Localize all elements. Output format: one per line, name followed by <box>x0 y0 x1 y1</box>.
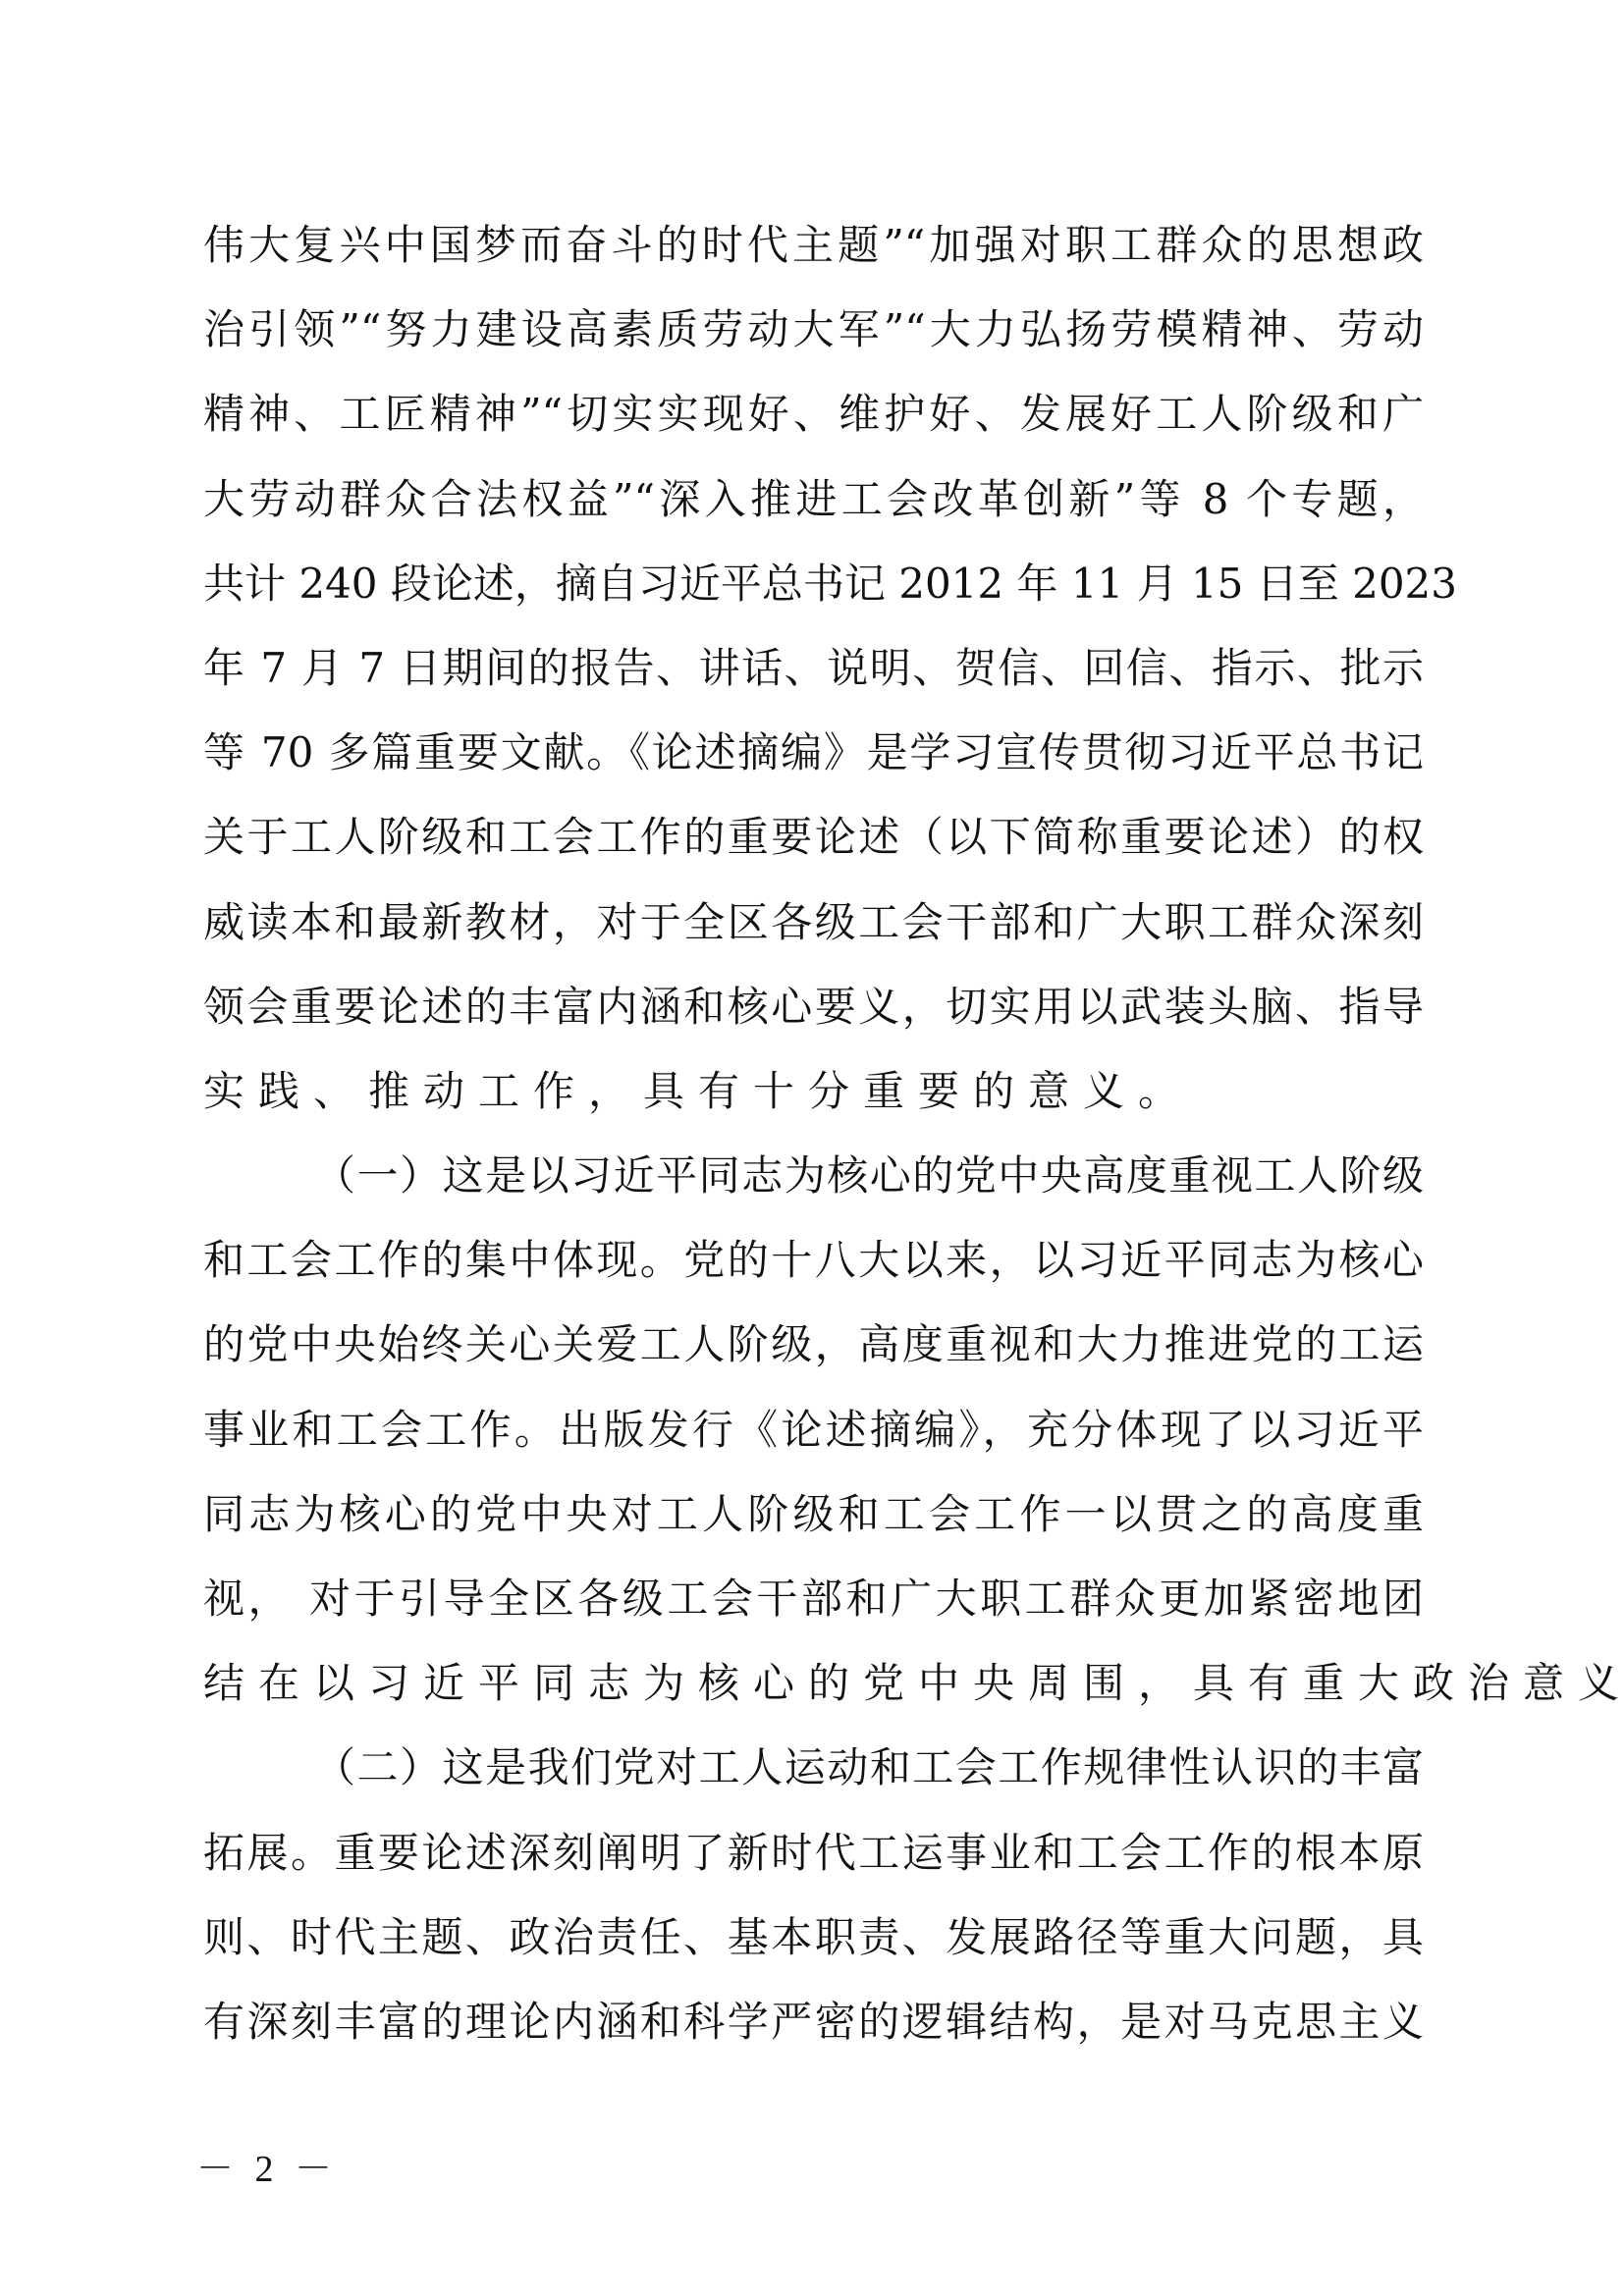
text-line: 关于工人阶级和工会工作的重要论述（以下简称重要论述）的权 <box>203 809 1424 893</box>
text-line: 共计 240 段论述，摘自习近平总书记 2012 年 11 月 15 日至 20… <box>203 556 1424 640</box>
section-heading-line: （一）这是以习近平同志为核心的党中央高度重视工人阶级 <box>203 1148 1424 1232</box>
body-text: 伟大复兴中国梦而奋斗的时代主题”“加强对职工群众的思想政 治引领”“努力建设高素… <box>203 217 1424 2078</box>
text-line: 年 7 月 7 日期间的报告、讲话、说明、贺信、回信、指示、批示 <box>203 640 1424 724</box>
text-line: 拓展。重要论述深刻阐明了新时代工运事业和工会工作的根本原 <box>203 1825 1424 1909</box>
text-line: 则、时代主题、政治责任、基本职责、发展路径等重大问题，具 <box>203 1909 1424 1994</box>
text-line: 事业和工会工作。出版发行《论述摘编》，充分体现了以习近平 <box>203 1402 1424 1486</box>
text-line: 实践、推动工作，具有十分重要的意义。 <box>203 1063 1424 1148</box>
text-line: 有深刻丰富的理论内涵和科学严密的逻辑结构，是对马克思主义 <box>203 1994 1424 2078</box>
section-heading-line: （二）这是我们党对工人运动和工会工作规律性认识的丰富 <box>203 1739 1424 1824</box>
paragraph-intro-continued: 伟大复兴中国梦而奋斗的时代主题”“加强对职工群众的思想政 治引领”“努力建设高素… <box>203 217 1424 1148</box>
text-line: 大劳动群众合法权益”“深入推进工会改革创新”等 8 个专题， <box>203 471 1424 556</box>
text-line: 和工会工作的集中体现。党的十八大以来，以习近平同志为核心 <box>203 1232 1424 1316</box>
text-line: 治引领”“努力建设高素质劳动大军”“大力弘扬劳模精神、劳动 <box>203 301 1424 386</box>
text-line: 的党中央始终关心关爱工人阶级，高度重视和大力推进党的工运 <box>203 1316 1424 1401</box>
document-page: 伟大复兴中国梦而奋斗的时代主题”“加强对职工群众的思想政 治引领”“努力建设高素… <box>0 0 1624 2296</box>
text-line: 威读本和最新教材，对于全区各级工会干部和广大职工群众深刻 <box>203 894 1424 979</box>
page-number: － 2 － <box>196 2138 338 2192</box>
paragraph-section-1: （一）这是以习近平同志为核心的党中央高度重视工人阶级 和工会工作的集中体现。党的… <box>203 1148 1424 1739</box>
text-line: 领会重要论述的丰富内涵和核心要义，切实用以武装头脑、指导 <box>203 979 1424 1063</box>
text-line: 同志为核心的党中央对工人阶级和工会工作一以贯之的高度重 <box>203 1486 1424 1571</box>
text-line: 等 70 多篇重要文献。《论述摘编》是学习宣传贯彻习近平总书记 <box>203 724 1424 809</box>
text-line: 精神、工匠精神”“切实实现好、维护好、发展好工人阶级和广 <box>203 386 1424 470</box>
paragraph-section-2: （二）这是我们党对工人运动和工会工作规律性认识的丰富 拓展。重要论述深刻阐明了新… <box>203 1739 1424 2078</box>
text-line: 结在以习近平同志为核心的党中央周围，具有重大政治意义。 <box>203 1655 1424 1739</box>
text-line: 视， 对于引导全区各级工会干部和广大职工群众更加紧密地团 <box>203 1571 1424 1655</box>
text-line: 伟大复兴中国梦而奋斗的时代主题”“加强对职工群众的思想政 <box>203 217 1424 301</box>
